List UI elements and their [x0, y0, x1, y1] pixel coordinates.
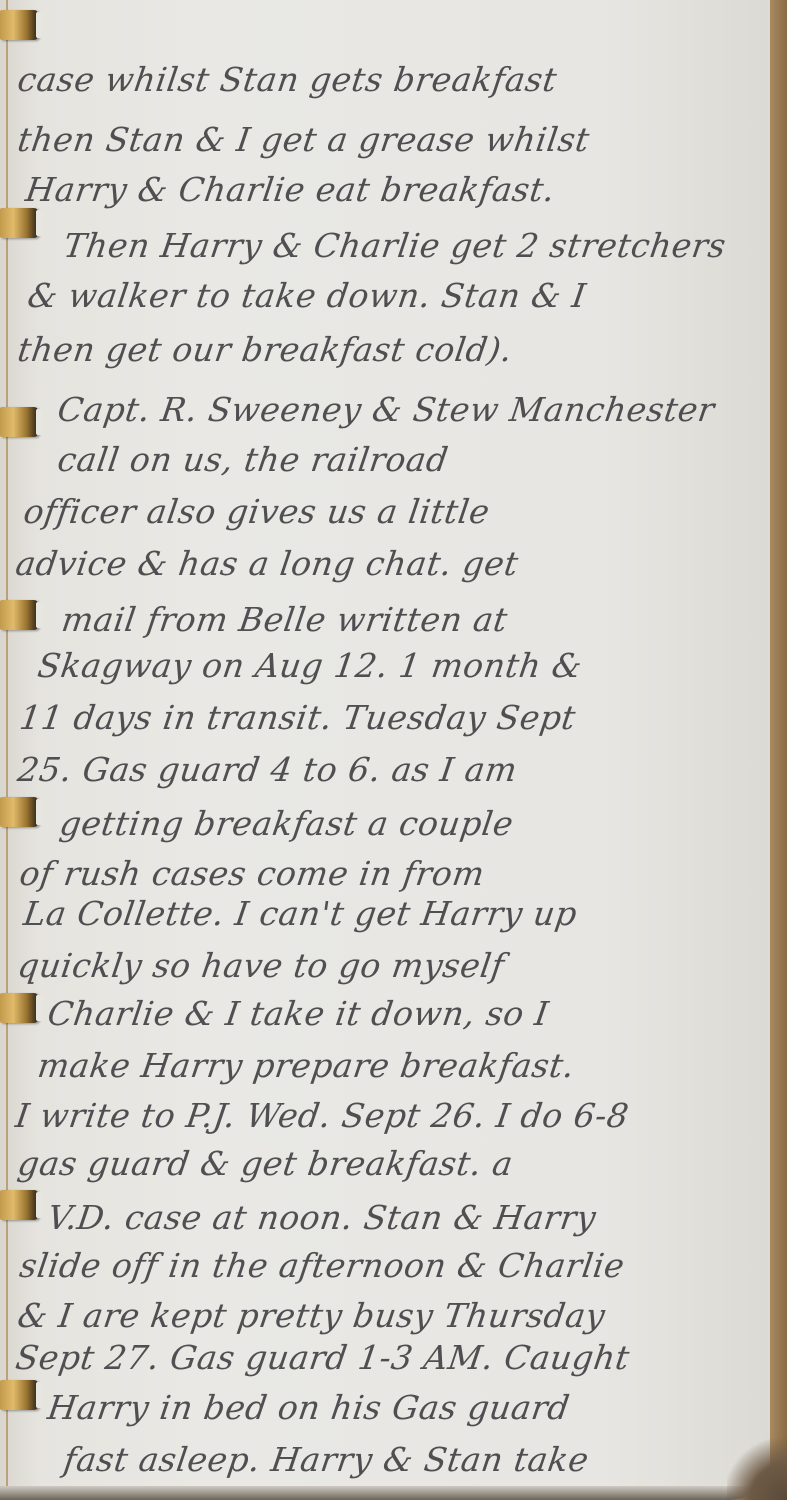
- binding-ring: [0, 407, 38, 437]
- text-line: La Collette. I can't get Harry up: [21, 894, 580, 933]
- text-line: 11 days in transit. Tuesday Sept: [17, 698, 578, 737]
- text-line: I write to P.J. Wed. Sept 26. I do 6-8: [13, 1096, 631, 1135]
- text-line: & walker to take down. Stan & I: [25, 276, 588, 315]
- notebook-cover-edge: [770, 0, 787, 1500]
- text-line: slide off in the afternoon & Charlie: [17, 1246, 627, 1285]
- text-line: officer also gives us a little: [21, 492, 492, 531]
- text-line: advice & has a long chat. get: [13, 544, 521, 583]
- diary-page: case whilst Stan gets breakfast then Sta…: [0, 0, 770, 1500]
- text-line: Skagway on Aug 12. 1 month &: [35, 646, 584, 685]
- text-line: Charlie & I take it down, so I: [45, 994, 551, 1033]
- text-line: quickly so have to go myself: [15, 946, 507, 985]
- text-line: mail from Belle written at: [59, 600, 510, 639]
- text-line: 25. Gas guard 4 to 6. as I am: [15, 750, 520, 789]
- page-bottom-edge: [0, 1486, 770, 1500]
- text-line: getting breakfast a couple: [57, 804, 516, 843]
- text-line: then get our breakfast cold).: [15, 330, 515, 369]
- binding-ring: [0, 1190, 38, 1220]
- text-line: Sept 27. Gas guard 1-3 AM. Caught: [13, 1338, 632, 1377]
- binding-ring: [0, 600, 38, 630]
- binding-ring: [0, 208, 38, 238]
- text-line: gas guard & get breakfast. a: [15, 1144, 515, 1183]
- binding-ring: [0, 797, 38, 827]
- binding-ring: [0, 993, 38, 1023]
- text-line: Then Harry & Charlie get 2 stretchers: [61, 226, 728, 265]
- text-line: V.D. case at noon. Stan & Harry: [45, 1198, 598, 1237]
- text-line: of rush cases come in from: [17, 854, 487, 893]
- text-line: fast asleep. Harry & Stan take: [61, 1440, 591, 1479]
- text-line: Capt. R. Sweeney & Stew Manchester: [55, 390, 717, 429]
- binding-ring: [0, 10, 38, 40]
- text-line: case whilst Stan gets breakfast: [15, 60, 559, 99]
- text-line: & I are kept pretty busy Thursday: [15, 1296, 607, 1335]
- text-line: then Stan & I get a grease whilst: [15, 120, 592, 159]
- text-line: Harry in bed on his Gas guard: [45, 1388, 572, 1427]
- page-corner: [727, 1430, 787, 1500]
- text-line: call on us, the railroad: [55, 440, 451, 479]
- binding-ring: [0, 1380, 38, 1410]
- text-line: Harry & Charlie eat breakfast.: [23, 170, 557, 209]
- text-line: make Harry prepare breakfast.: [35, 1046, 577, 1085]
